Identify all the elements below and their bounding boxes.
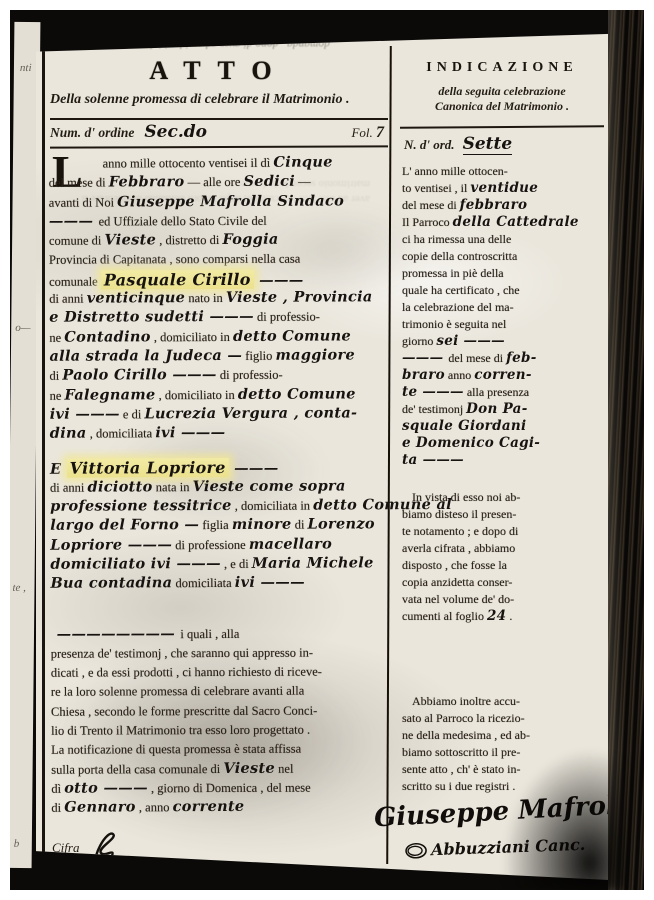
ord-number-row: N. d' ord. Sette xyxy=(404,134,512,155)
photo-shadow xyxy=(496,740,626,890)
indication-paragraph-1: L' anno mille ottocen-to ventisei , il v… xyxy=(402,162,606,468)
margin-fragment: te , xyxy=(12,582,26,594)
order-number-value: Sec.do xyxy=(144,122,207,142)
act-column: domanda , dopo di aver ad essi letti i d… xyxy=(50,26,388,882)
indication-title: INDICAZIONE xyxy=(400,60,604,76)
photo-background: nti o— te , b domanda , dopo di aver ad … xyxy=(10,10,644,890)
header-rule-2 xyxy=(50,145,388,148)
cifra-label: Cifra xyxy=(52,840,79,856)
order-number-row: Num. d' ordine Sec.do Fol. 7 xyxy=(50,122,388,142)
margin-fragment: b xyxy=(14,838,20,850)
act-title: ATTO xyxy=(50,56,388,86)
cifra-flourish-icon xyxy=(87,826,121,878)
folio-label: Fol. xyxy=(351,125,372,140)
indication-rule xyxy=(400,125,604,128)
indication-subtitle: della seguita celebrazione Canonica del … xyxy=(400,84,604,114)
ord-number-value: Sette xyxy=(463,134,513,155)
folio-value: 7 xyxy=(376,124,384,141)
ord-number-label: N. d' ord. xyxy=(404,137,455,153)
indication-subtitle-line1: della seguita celebrazione xyxy=(438,84,565,98)
clerk-flourish-icon xyxy=(404,841,429,860)
margin-fragment: o— xyxy=(15,322,30,334)
cifra-row: Cifra xyxy=(52,826,121,878)
screenshot-canvas: nti o— te , b domanda , dopo di aver ad … xyxy=(0,0,654,900)
order-number-label: Num. d' ordine xyxy=(50,125,134,141)
bleed-through-text: domanda , dopo di aver ad essi letti i d… xyxy=(50,38,388,50)
indication-paragraph-2: In vista di esso noi ab-biamo disteso il… xyxy=(402,488,606,624)
header-rule-1 xyxy=(50,118,388,120)
folio-number: Fol. 7 xyxy=(351,124,388,142)
left-border-rule xyxy=(42,44,45,856)
act-body-text: anno mille ottocento ventisei il dì Cinq… xyxy=(49,153,390,818)
adjacent-page-edge: nti o— te , b xyxy=(10,22,40,868)
margin-fragment: nti xyxy=(20,62,32,74)
act-subtitle: Della solenne promessa di celebrare il M… xyxy=(50,92,388,108)
indication-subtitle-line2: Canonica del Matrimonio . xyxy=(435,99,569,113)
